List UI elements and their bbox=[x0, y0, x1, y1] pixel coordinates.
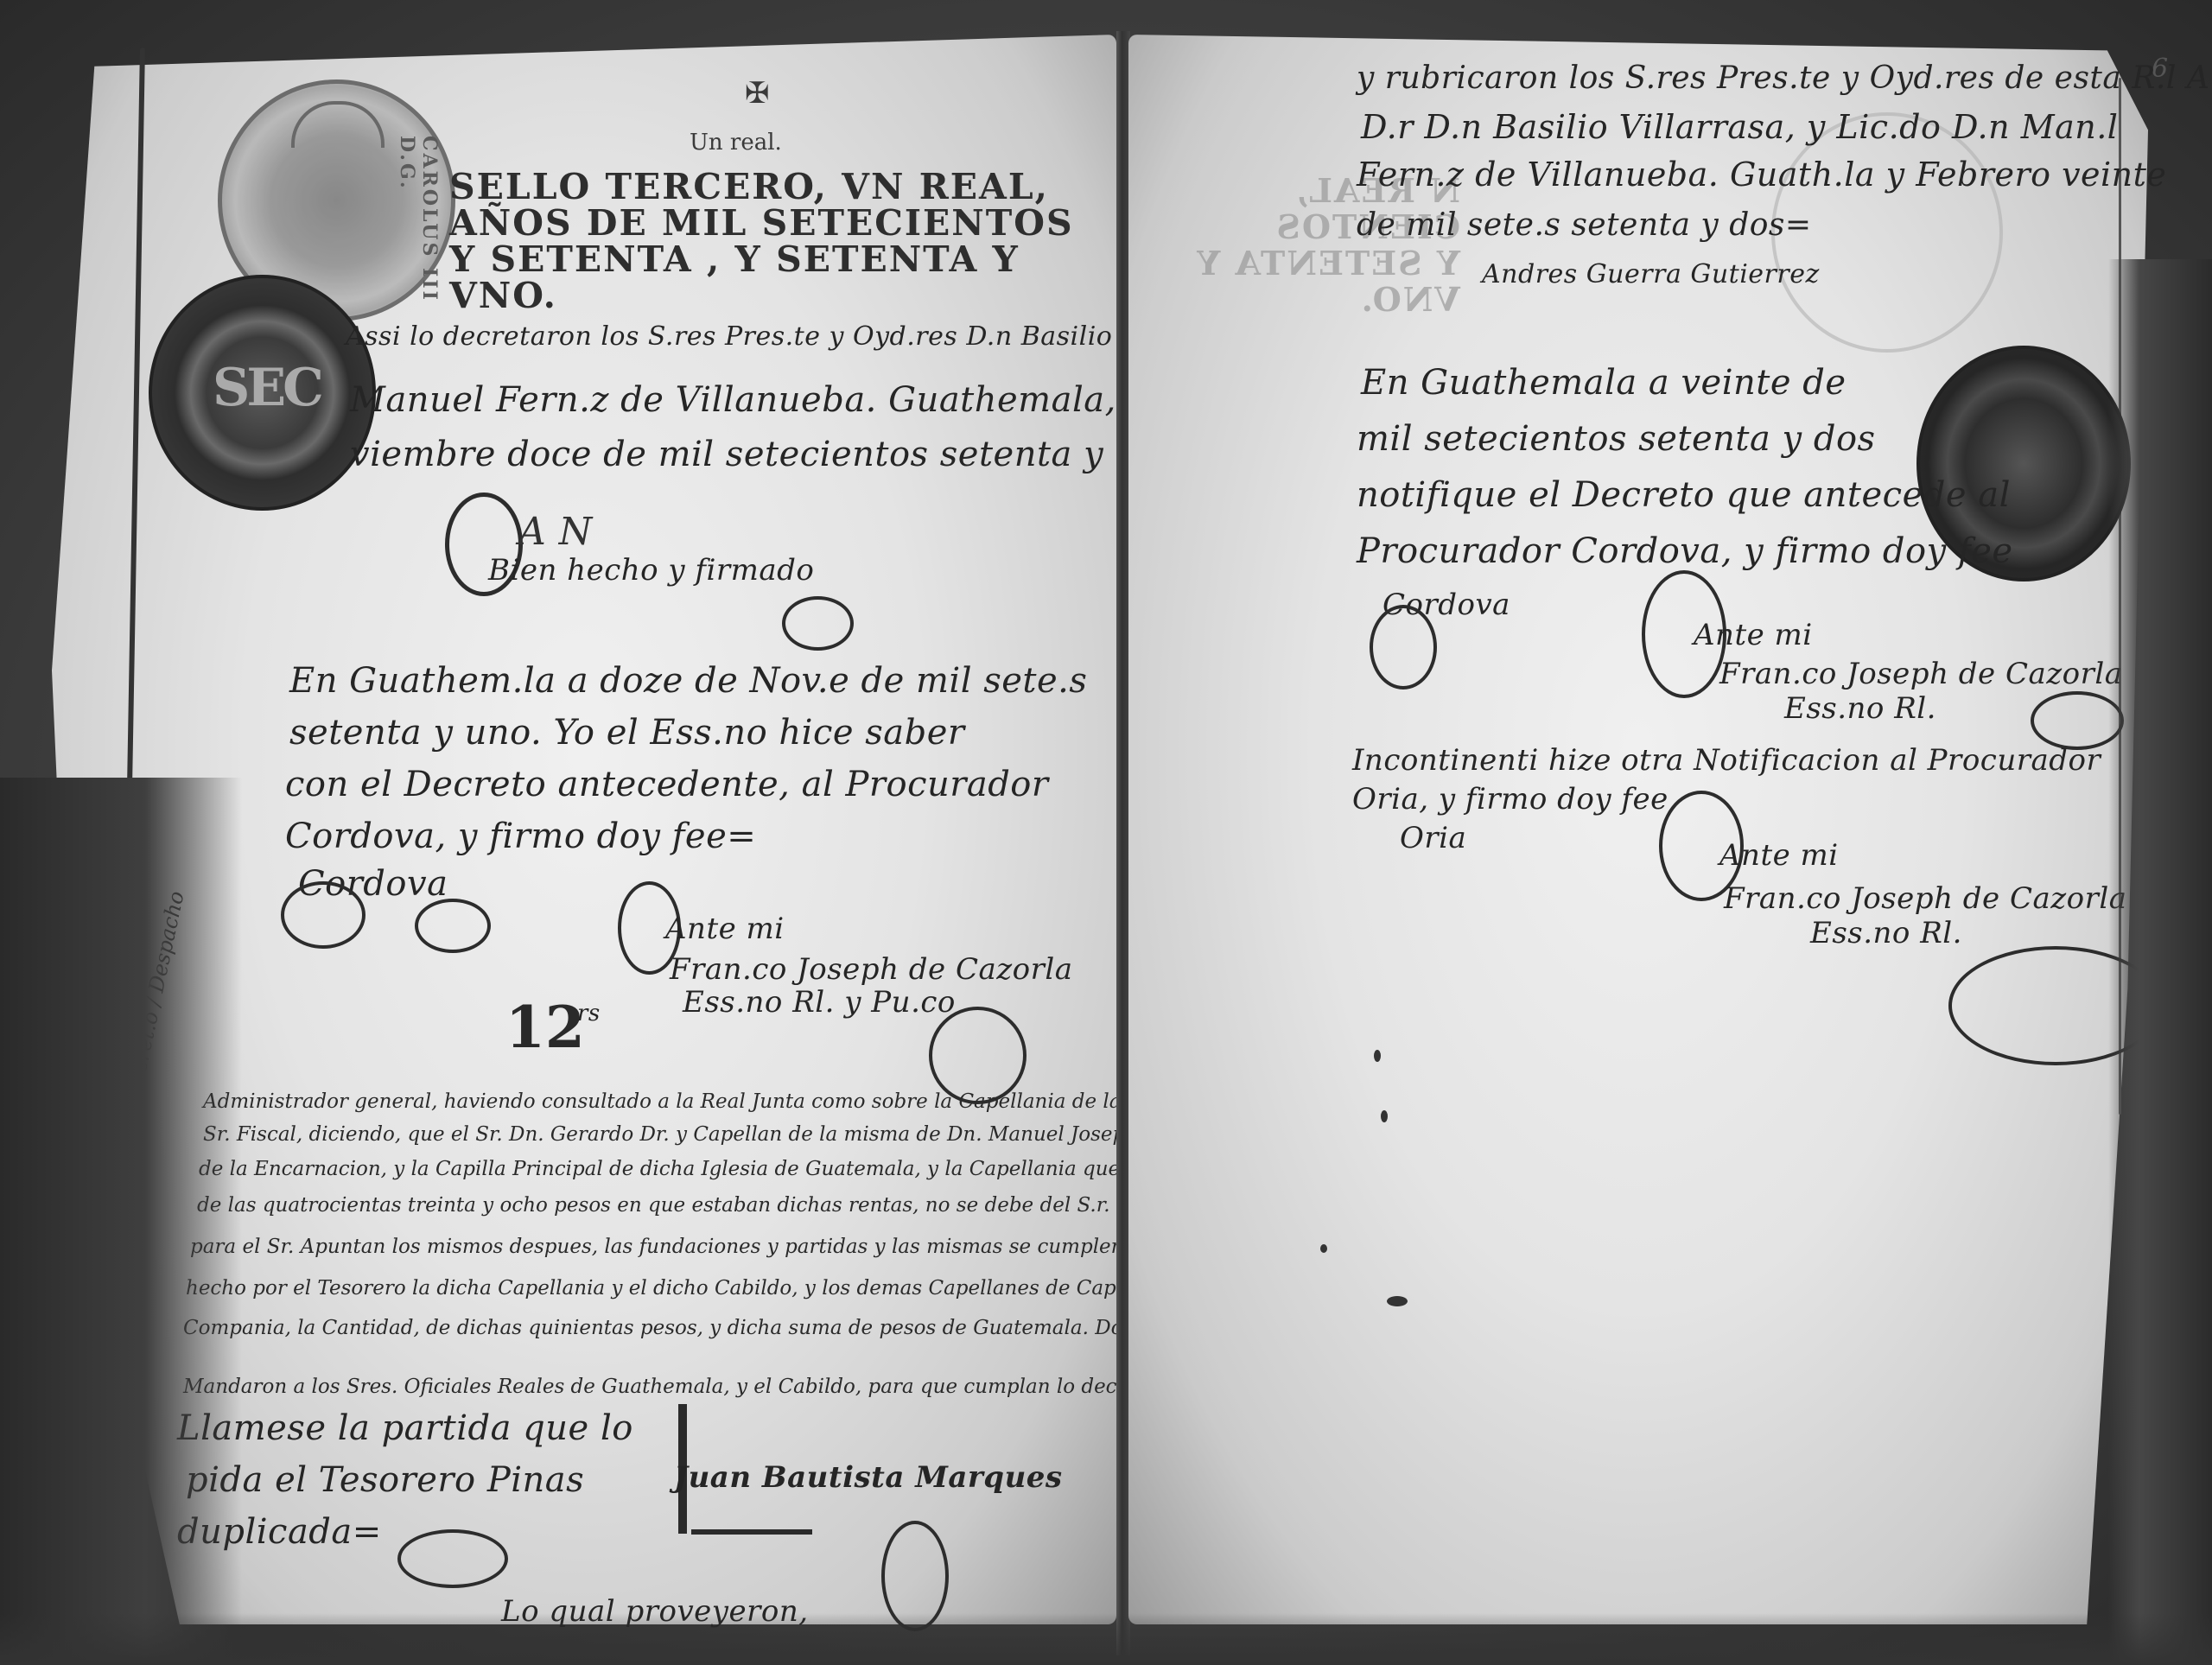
escribano-line: Ante mi bbox=[1719, 838, 1839, 873]
stamp-line: Y SETENTA , Y SETENTA Y bbox=[449, 241, 1106, 277]
stamped-paper-header: SELLO TERCERO, VN REAL, AÑOS DE MIL SETE… bbox=[449, 168, 1106, 314]
notification-line: En Guathem.la a doze de Nov.e de mil set… bbox=[289, 661, 1087, 701]
notification-line: En Guathemala a veinte de bbox=[1361, 363, 1847, 403]
notification-line: Procurador Cordova, y firmo doy fee bbox=[1357, 531, 2013, 571]
paragraph-line: hecho por el Tesorero la dicha Capellani… bbox=[186, 1277, 1224, 1300]
closing-line: Llamese la partida que lo bbox=[177, 1408, 633, 1448]
escribano-line: Ante mi bbox=[665, 912, 785, 946]
book-fold bbox=[1116, 31, 1130, 1655]
stamp-line: AÑOS DE MIL SETECIENTOS bbox=[449, 205, 1106, 241]
escribano-name: Fran.co Joseph de Cazorla bbox=[670, 952, 1073, 987]
mirror-line: Y SETENTA Y bbox=[1149, 245, 1460, 282]
notification-line: mil setecientos setenta y dos bbox=[1357, 419, 1876, 459]
rubric-flourish bbox=[397, 1529, 508, 1588]
rubric-line: Andres Guerra Gutierrez bbox=[1482, 259, 1820, 289]
signature-flourish bbox=[281, 881, 365, 949]
bleed-through-print: N REAL, CIENTOS Y SETENTA Y VNO. bbox=[1149, 173, 1460, 318]
paragraph-line: Mandaron a los Sres. Oficiales Reales de… bbox=[183, 1376, 1183, 1398]
notification-line: con el Decreto antecedente, al Procurado… bbox=[285, 765, 1049, 804]
folio-number: 12 bbox=[505, 994, 585, 1061]
page-edge-shadow bbox=[0, 778, 242, 1665]
closing-signature: Juan Bautista Marques bbox=[674, 1460, 1063, 1495]
ink-spot bbox=[1374, 1050, 1381, 1062]
paragraph-line: para el Sr. Apuntan los mismos despues, … bbox=[190, 1236, 1184, 1258]
escribano-title: Ess.no Rl. y Pu.co bbox=[683, 985, 956, 1020]
stamp-line: VNO. bbox=[449, 277, 1106, 314]
ink-spot bbox=[1320, 1244, 1327, 1253]
signature-oria: Oria bbox=[1400, 821, 1466, 855]
page-edge-shadow bbox=[2108, 259, 2212, 1665]
decree-line: Manuel Fern.z de Villanueba. Guathemala,… bbox=[350, 380, 1223, 420]
notification-line: setenta y uno. Yo el Ess.no hice saber bbox=[289, 713, 965, 753]
paragraph-line: Administrador general, haviendo consulta… bbox=[203, 1090, 1221, 1113]
dark-ink-seal: SEC bbox=[149, 275, 376, 511]
cross-icon: ✠ bbox=[745, 76, 770, 111]
escribano-line: Ante mi bbox=[1694, 618, 1813, 652]
paragraph-line: Compania, la Cantidad, de dichas quinien… bbox=[183, 1317, 1134, 1339]
signature-flourish bbox=[1370, 605, 1437, 690]
mirror-line: VNO. bbox=[1149, 282, 1460, 318]
notification-line: Cordova, y firmo doy fee= bbox=[285, 817, 756, 856]
header-small-text: Un real. bbox=[690, 130, 782, 156]
continuation-line: D.r D.n Basilio Villarrasa, y Lic.do D.n… bbox=[1361, 108, 2118, 146]
signature-underline bbox=[691, 1529, 812, 1535]
continuation-line: de mil sete.s setenta y dos= bbox=[1357, 207, 1812, 243]
ink-spot bbox=[1387, 1296, 1408, 1306]
second-notification-line: Oria, y firmo doy fee bbox=[1352, 782, 1669, 817]
continuation-line: y rubricaron los S.res Pres.te y Oyd.res… bbox=[1357, 60, 2212, 96]
page-edge-shadow bbox=[0, 1613, 2212, 1665]
notification-line: notifique el Decreto que antecede al bbox=[1357, 475, 2011, 515]
second-notification-line: Incontinenti hize otra Notificacion al P… bbox=[1352, 743, 2101, 778]
continuation-line: Fern.z de Villanueba. Guath.la y Febrero… bbox=[1357, 156, 2166, 194]
signature-text: Bien hecho y firmado bbox=[488, 553, 814, 588]
escribano-name: Fran.co Joseph de Cazorla bbox=[1724, 881, 2127, 916]
seal-legend: CAROLUS III D.G. bbox=[396, 136, 441, 317]
closing-line: pida el Tesorero Pinas bbox=[186, 1460, 584, 1500]
ink-spot bbox=[1381, 1110, 1388, 1122]
escribano-name: Fran.co Joseph de Cazorla bbox=[1719, 657, 2123, 691]
signature-flourish bbox=[415, 899, 491, 953]
decree-line: viembre doce de mil setecientos setenta … bbox=[350, 435, 1211, 474]
escribano-title: Ess.no Rl. bbox=[1810, 916, 1962, 950]
crown-icon bbox=[291, 101, 385, 148]
seal-monogram: SEC bbox=[213, 358, 321, 418]
rubric-flourish bbox=[782, 596, 854, 651]
signature-rubric: A N bbox=[518, 510, 593, 554]
paragraph-line: de la Encarnacion, y la Capilla Principa… bbox=[199, 1158, 1212, 1180]
stamp-line: SELLO TERCERO, VN REAL, bbox=[449, 168, 1106, 205]
escribano-title: Ess.no Rl. bbox=[1784, 691, 1936, 726]
folio-suffix: rs bbox=[577, 1001, 601, 1026]
